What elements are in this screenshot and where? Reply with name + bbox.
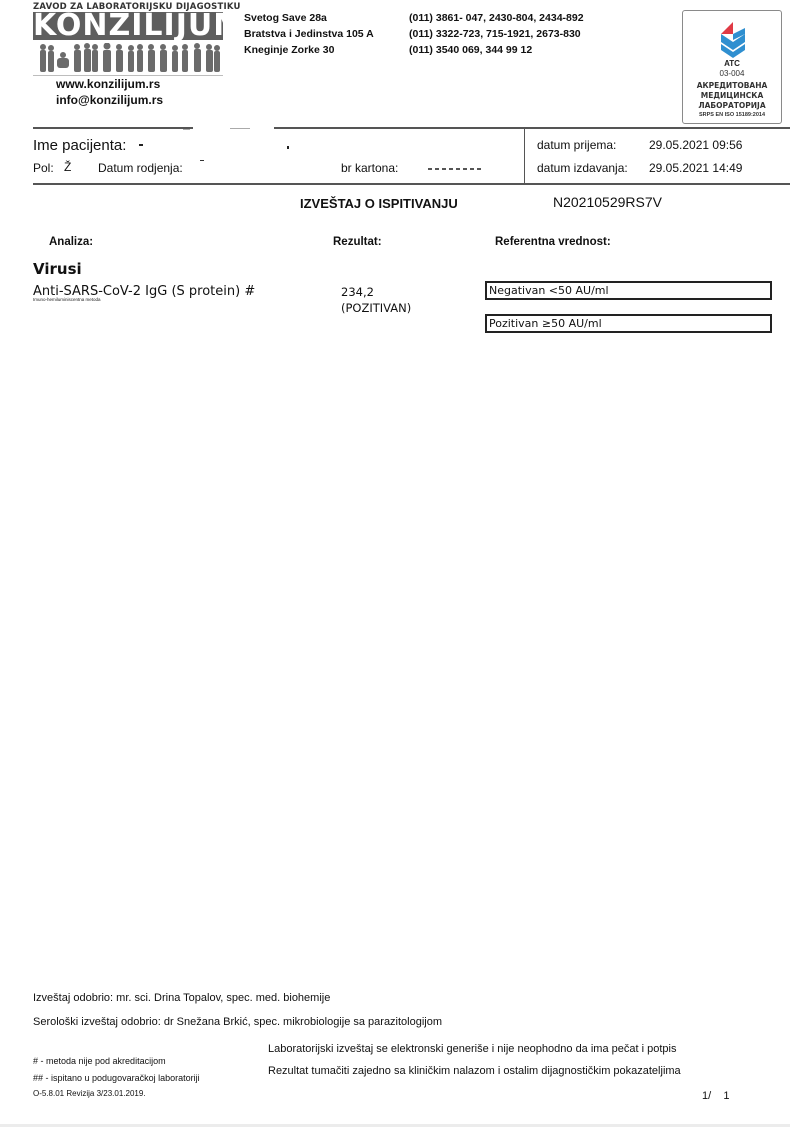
disclaimer-electronic: Laboratorijski izveštaj se elektronski g… (268, 1043, 676, 1055)
result-value: 234,2 (341, 284, 411, 300)
redacted-patient-name (139, 144, 143, 146)
column-header-analysis: Analiza: (49, 236, 93, 248)
page-number: 1/ 1 (702, 1090, 730, 1102)
email-link[interactable]: info@konzilijum.rs (56, 92, 163, 108)
badge-text: АКРЕДИТОВАНА МЕДИЦИНСКА ЛАБОРАТОРИЈА (683, 81, 781, 111)
redacted-patient-name (287, 146, 289, 149)
test-method: Imuno-hemiluminiscentna metoda (33, 297, 101, 302)
divider (524, 129, 525, 185)
phone-line: (011) 3540 069, 344 99 12 (409, 42, 584, 58)
logo-wordmark: KONZILIJUM (33, 12, 223, 40)
report-number: N20210529RS7V (553, 194, 662, 210)
sex-value: Ž (64, 160, 71, 174)
test-group-title: Virusi (33, 260, 82, 278)
revision-code: O-5.8.01 Revizija 3/23.01.2019. (33, 1089, 146, 1098)
column-header-result: Rezultat: (333, 236, 382, 248)
dob-label: Datum rodjenja: (98, 161, 183, 175)
received-date-value: 29.05.2021 09:56 (649, 138, 742, 152)
phone-list: (011) 3861- 047, 2430-804, 2434-892 (011… (409, 10, 584, 58)
serology-approved-by: Serološki izveštaj odobrio: dr Snežana B… (33, 1016, 442, 1028)
approved-by: Izveštaj odobrio: mr. sci. Drina Topalov… (33, 992, 330, 1004)
phone-line: (011) 3322-723, 715-1921, 2673-830 (409, 26, 584, 42)
atc-logo-icon (713, 18, 753, 58)
footnote-accreditation: # - metoda nije pod akreditacijom (33, 1056, 166, 1066)
accreditation-badge: ATC 03-004 АКРЕДИТОВАНА МЕДИЦИНСКА ЛАБОР… (682, 10, 782, 124)
report-title: IZVEŠTAJ O ISPITIVANJU (300, 196, 458, 211)
divider (33, 127, 193, 129)
badge-code: 03-004 (683, 69, 781, 78)
divider (274, 127, 790, 129)
address-line: Bratstva i Jedinstva 105 A (244, 26, 374, 42)
website-link[interactable]: www.konzilijum.rs (56, 76, 163, 92)
column-header-reference: Referentna vrednost: (495, 236, 611, 248)
badge-org: ATC (683, 59, 781, 68)
people-silhouettes-icon (37, 43, 221, 73)
reference-positive: Pozitivan ≥50 AU/ml (485, 314, 772, 333)
konzilijum-logo: ZAVOD ZA LABORATORIJSKU DIJAGOSTIKU KONZ… (33, 2, 223, 76)
phone-line: (011) 3861- 047, 2430-804, 2434-892 (409, 10, 584, 26)
address-line: Kneginje Zorke 30 (244, 42, 374, 58)
footnote-subcontracted: ## - ispitano u podugovaračkoj laborator… (33, 1073, 200, 1083)
sex-label: Pol: (33, 161, 54, 175)
card-number-label: br kartona: (341, 161, 398, 175)
reference-negative: Negativan <50 AU/ml (485, 281, 772, 300)
contact-links: www.konzilijum.rs info@konzilijum.rs (56, 76, 163, 108)
badge-standard: SRPS EN ISO 15189:2014 (683, 112, 781, 118)
address-line: Svetog Save 28a (244, 10, 374, 26)
disclaimer-interpretation: Rezultat tumačiti zajedno sa kliničkim n… (268, 1065, 681, 1077)
patient-name-label: Ime pacijenta: (33, 137, 126, 154)
divider (183, 129, 190, 130)
result-interpretation: (POZITIVAN) (341, 300, 411, 316)
redacted-dob (200, 160, 204, 161)
address-list: Svetog Save 28a Bratstva i Jedinstva 105… (244, 10, 374, 58)
redacted-card-number (428, 168, 482, 170)
test-result: 234,2 (POZITIVAN) (341, 284, 411, 316)
issued-date-value: 29.05.2021 14:49 (649, 161, 742, 175)
received-date-label: datum prijema: (537, 138, 616, 152)
divider (230, 128, 250, 129)
divider (33, 183, 790, 185)
issued-date-label: datum izdavanja: (537, 161, 628, 175)
